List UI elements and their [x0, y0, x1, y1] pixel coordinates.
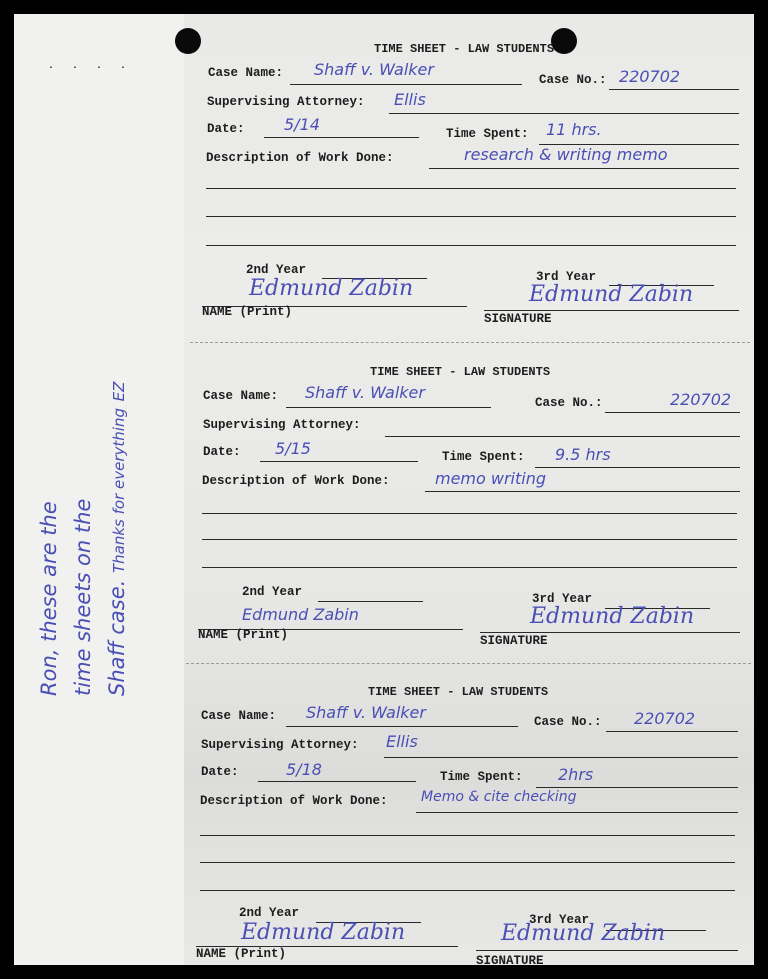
- signature-label: SIGNATURE: [484, 312, 552, 326]
- scanned-page: · · · · Ron, these are the time sheets o…: [14, 14, 754, 965]
- time-sheet-3: TIME SHEET - LAW STUDENTS Case Name: Sha…: [186, 658, 756, 968]
- case-name-label: Case Name:: [203, 389, 278, 403]
- case-name-label: Case Name:: [201, 709, 276, 723]
- description-line-2: [202, 513, 737, 514]
- date-value: 5/15: [275, 439, 311, 458]
- signature-value: Edmund Zabin: [501, 921, 665, 946]
- description-line-4: [202, 567, 737, 568]
- case-name-line: [290, 84, 522, 85]
- second-year-line: [318, 601, 423, 602]
- signature-line: [476, 950, 738, 951]
- date-value: 5/14: [284, 115, 320, 134]
- time-spent-line: [536, 787, 738, 788]
- description-line-4: [200, 890, 735, 891]
- time-spent-label: Time Spent:: [446, 127, 529, 141]
- description-value: research & writing memo: [464, 145, 668, 164]
- name-print-value: Edmund Zabin: [241, 920, 405, 945]
- margin-handwritten-note: Ron, these are the time sheets on the Sh…: [32, 256, 136, 696]
- description-label: Description of Work Done:: [200, 794, 388, 808]
- name-print-label: NAME (Print): [198, 628, 288, 642]
- case-name-value: Shaff v. Walker: [306, 703, 426, 722]
- case-no-value: 220702: [634, 709, 695, 728]
- supervising-attorney-label: Supervising Attorney:: [201, 738, 359, 752]
- date-label: Date:: [207, 122, 245, 136]
- description-line-4: [206, 245, 736, 246]
- case-name-label: Case Name:: [208, 66, 283, 80]
- signature-value: Edmund Zabin: [529, 282, 693, 307]
- supervising-attorney-line: [384, 757, 738, 758]
- signature-label: SIGNATURE: [480, 634, 548, 648]
- name-print-value: Edmund Zabin: [249, 276, 413, 301]
- note-line-1: Ron, these are the: [32, 256, 66, 696]
- description-line-2: [200, 835, 735, 836]
- description-label: Description of Work Done:: [206, 151, 394, 165]
- supervising-attorney-line: [385, 436, 740, 437]
- case-name-value: Shaff v. Walker: [314, 60, 434, 79]
- scan-specks: · · · ·: [48, 63, 132, 74]
- signature-line: [480, 632, 740, 633]
- sheet-title: TIME SHEET - LAW STUDENTS: [368, 685, 548, 699]
- second-year-label: 2nd Year: [242, 585, 302, 599]
- sheet-title: TIME SHEET - LAW STUDENTS: [370, 365, 550, 379]
- case-no-line: [605, 412, 740, 413]
- date-line: [258, 781, 416, 782]
- signature-line: [484, 310, 739, 311]
- supervising-attorney-value: Ellis: [386, 732, 418, 751]
- case-no-label: Case No.:: [539, 73, 607, 87]
- date-label: Date:: [201, 765, 239, 779]
- time-spent-label: Time Spent:: [442, 450, 525, 464]
- time-sheet-1: TIME SHEET - LAW STUDENTS Case Name: Sha…: [194, 14, 754, 334]
- note-thanks: Thanks for everything: [110, 408, 128, 573]
- description-label: Description of Work Done:: [202, 474, 390, 488]
- description-value: memo writing: [435, 469, 546, 488]
- description-line-1: [429, 168, 739, 169]
- note-line-2: time sheets on the: [66, 256, 100, 696]
- sheet-title: TIME SHEET - LAW STUDENTS: [374, 42, 554, 56]
- description-line-1: [425, 491, 740, 492]
- description-line-3: [202, 539, 737, 540]
- signature-label: SIGNATURE: [476, 954, 544, 968]
- case-no-label: Case No.:: [535, 396, 603, 410]
- note-line-3: Shaff case. Thanks for everything EZ: [100, 256, 136, 696]
- time-spent-value: 2hrs: [558, 765, 593, 784]
- date-label: Date:: [203, 445, 241, 459]
- description-line-3: [200, 862, 735, 863]
- time-spent-value: 9.5 hrs: [555, 445, 611, 464]
- case-no-value: 220702: [670, 390, 731, 409]
- case-no-line: [609, 89, 739, 90]
- supervising-attorney-label: Supervising Attorney:: [203, 418, 361, 432]
- signature-value: Edmund Zabin: [530, 604, 694, 629]
- name-print-label: NAME (Print): [196, 947, 286, 961]
- supervising-attorney-label: Supervising Attorney:: [207, 95, 365, 109]
- time-spent-line: [535, 467, 740, 468]
- date-line: [260, 461, 418, 462]
- second-year-label: 2nd Year: [239, 906, 299, 920]
- supervising-attorney-line: [389, 113, 739, 114]
- case-no-value: 220702: [619, 67, 680, 86]
- time-spent-label: Time Spent:: [440, 770, 523, 784]
- case-name-value: Shaff v. Walker: [305, 383, 425, 402]
- supervising-attorney-value: Ellis: [394, 90, 426, 109]
- description-line-1: [416, 812, 738, 813]
- case-no-line: [606, 731, 738, 732]
- date-line: [264, 137, 419, 138]
- description-value: Memo & cite checking: [421, 789, 577, 805]
- date-value: 5/18: [286, 760, 322, 779]
- name-print-value: Edmund Zabin: [242, 605, 359, 624]
- description-line-3: [206, 216, 736, 217]
- name-print-label: NAME (Print): [202, 305, 292, 319]
- note-signoff: EZ: [110, 382, 128, 402]
- description-line-2: [206, 188, 736, 189]
- second-year-label: 2nd Year: [246, 263, 306, 277]
- case-no-label: Case No.:: [534, 715, 602, 729]
- time-sheet-2: TIME SHEET - LAW STUDENTS Case Name: Sha…: [190, 338, 750, 658]
- case-name-line: [286, 726, 518, 727]
- case-name-line: [286, 407, 491, 408]
- time-spent-value: 11 hrs.: [546, 120, 602, 139]
